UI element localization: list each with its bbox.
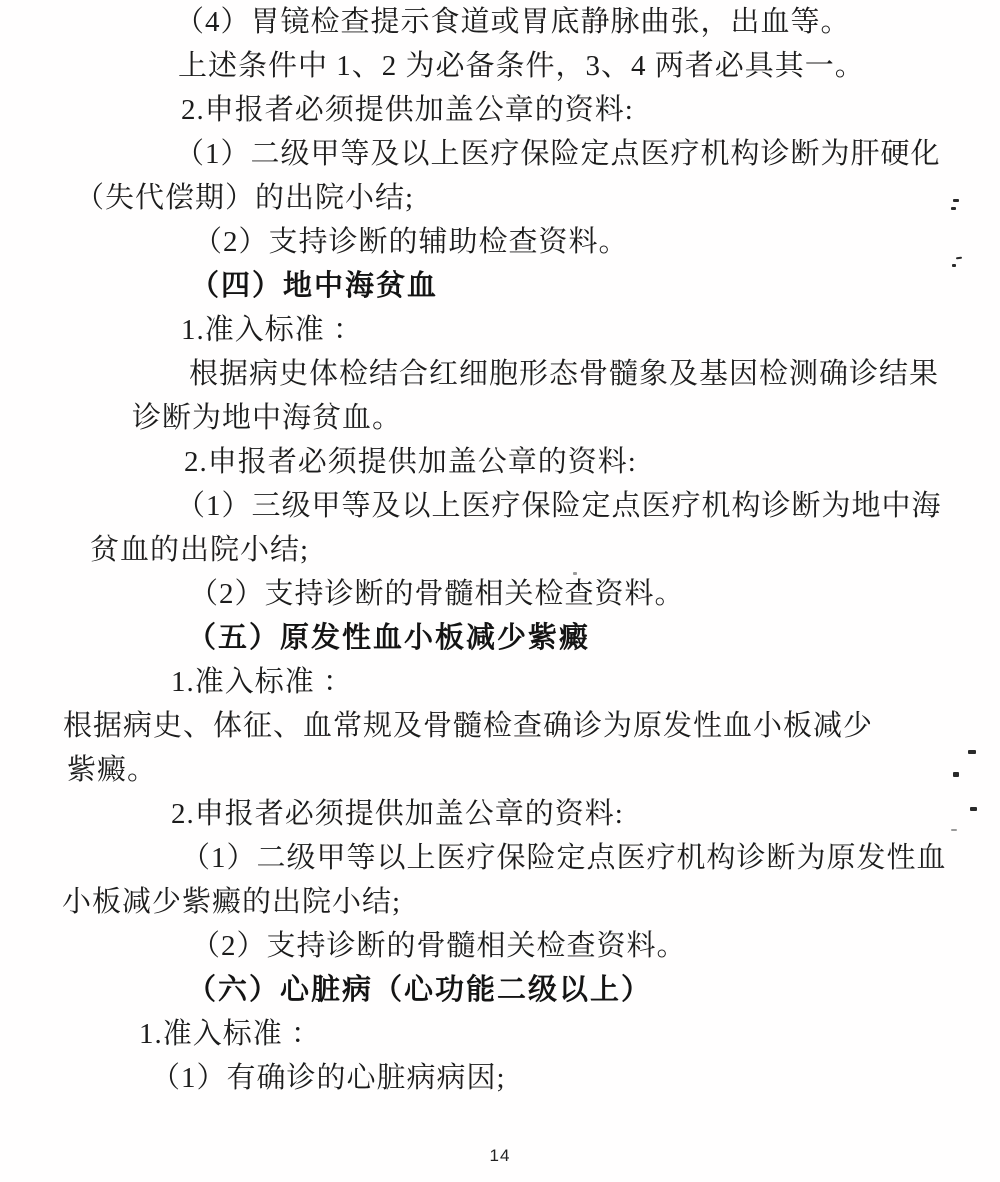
scan-artifact <box>952 264 956 267</box>
scan-artifact <box>573 572 577 575</box>
doc-line: 根据病史体检结合红细胞形态骨髓象及基因检测确诊结果 <box>189 352 1000 396</box>
page-number: 14 <box>0 1146 1000 1166</box>
doc-line: 1.准入标准 ： <box>181 308 1000 352</box>
doc-line: （1）有确诊的心脏病病因; <box>151 1056 1000 1100</box>
section-heading: （四）地中海贫血 <box>190 264 1000 308</box>
doc-line: 2.申报者必须提供加盖公章的资料: <box>171 792 1000 836</box>
section-heading: （五）原发性血小板减少紫癜 <box>187 616 1000 660</box>
doc-line: 紫癜。 <box>67 748 1000 792</box>
doc-line: 2.申报者必须提供加盖公章的资料: <box>181 88 1000 132</box>
scan-artifact <box>953 199 959 202</box>
doc-line: （1）二级甲等及以上医疗保险定点医疗机构诊断为肝硬化 <box>175 132 1000 176</box>
scan-artifact <box>968 750 976 754</box>
section-heading: （六）心脏病（心功能二级以上） <box>187 968 1000 1012</box>
doc-line: 上述条件中 1、2 为必备条件，3、4 两者必具其一。 <box>178 44 1000 88</box>
doc-line: （4）胃镜检查提示食道或胃底静脉曲张，出血等。 <box>175 0 1000 44</box>
doc-line: 小板减少紫癜的出院小结; <box>62 880 1000 924</box>
doc-line: （失代偿期）的出院小结; <box>75 176 1000 220</box>
doc-line: （2）支持诊断的骨髓相关检查资料。 <box>191 924 1000 968</box>
doc-line: （2）支持诊断的骨髓相关检查资料。 <box>189 572 1000 616</box>
doc-line: 2.申报者必须提供加盖公章的资料: <box>184 440 1000 484</box>
doc-line: 1.准入标准 ： <box>139 1012 1000 1056</box>
doc-line: 贫血的出院小结; <box>90 528 1000 572</box>
document-page: （4）胃镜检查提示食道或胃底静脉曲张，出血等。 上述条件中 1、2 为必备条件，… <box>0 0 1000 1182</box>
scan-artifact <box>951 207 956 210</box>
scan-artifact <box>953 772 959 777</box>
scan-artifact <box>951 829 957 831</box>
doc-line: 1.准入标准 ： <box>171 660 1000 704</box>
doc-line: （1）二级甲等以上医疗保险定点医疗机构诊断为原发性血 <box>181 836 1000 880</box>
doc-line: 根据病史、体征、血常规及骨髓检查确诊为原发性血小板减少 <box>63 704 1000 748</box>
document-text: （4）胃镜检查提示食道或胃底静脉曲张，出血等。 上述条件中 1、2 为必备条件，… <box>0 0 1000 1100</box>
doc-line: （1）三级甲等及以上医疗保险定点医疗机构诊断为地中海 <box>176 484 1000 528</box>
doc-line: （2）支持诊断的辅助检查资料。 <box>193 220 1000 264</box>
doc-line: 诊断为地中海贫血。 <box>132 396 1000 440</box>
scan-artifact <box>970 807 977 811</box>
